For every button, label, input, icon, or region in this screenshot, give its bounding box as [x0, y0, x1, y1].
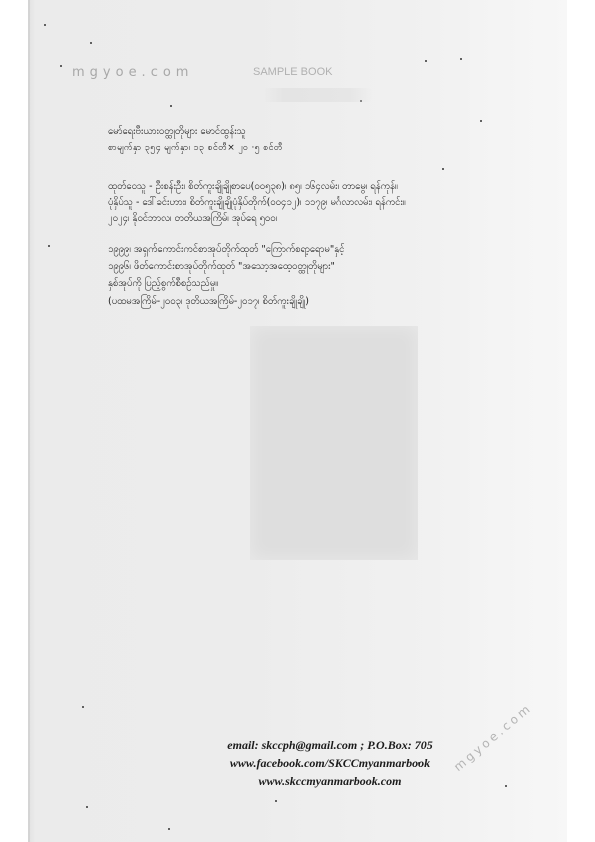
- email-pobox: email: skccph@gmail.com ; P.O.Box: 705: [160, 738, 500, 753]
- paper-speck: [425, 60, 427, 62]
- paper-speck: [480, 120, 482, 122]
- printer-line: ပုံနှိပ်သူ - ဒေါ်ခင်းဟား၊ စိတ်ကူးချိုချိ…: [108, 196, 406, 210]
- paper-speck: [170, 105, 172, 107]
- site-watermark: mgyoe.com: [72, 65, 193, 80]
- publisher-line: ထုတ်ဝေသူ - ဦးစန်းဦး၊ စိတ်ကူးချိုချိုစာပေ…: [108, 180, 398, 194]
- facebook-link[interactable]: www.facebook.com/SKCCmyanmarbook: [160, 756, 500, 771]
- compilation-note: နှစ်အုပ်ကို ပြည့်စွက်စီစဉ်သည်မှု။: [108, 277, 218, 291]
- edition-history: (ပထမအကြိမ်-၂၀၀၃၊ ဒုတိယအကြိမ်-၂၀၁၇၊ စိတ်က…: [108, 295, 309, 309]
- website-link[interactable]: www.skccmyanmarbook.com: [160, 774, 500, 789]
- paper-speck: [90, 42, 92, 44]
- paper-speck: [48, 245, 50, 247]
- image-placeholder: [250, 326, 418, 560]
- source-book-line-1: ၁၉၉၉၊ အရှက်ကောင်းကင်စာအုပ်တိုက်ထုတ် "ကြေ…: [108, 243, 344, 257]
- paper-speck: [82, 706, 84, 708]
- source-book-line-2: ၁၉၉၆၊ ဖိတ်ကောင်းစာအုပ်တိုက်ထုတ် "အသော့အထ…: [108, 260, 335, 274]
- paper-speck: [442, 168, 444, 170]
- bleed-through-text: [262, 88, 372, 102]
- paper-speck: [60, 65, 62, 67]
- book-title-author: မော်ရေးဗီးယားဝတ္ထုတိုများ မောင်ထွန်းသူ: [108, 125, 246, 139]
- page-dimensions: စာမျက်နှာ ၃၅၄ မျက်နှာ၊ ၁၃ စင်တီ× ၂၀ ·၅ စ…: [108, 141, 283, 155]
- paper-speck: [505, 785, 507, 787]
- paper-speck: [460, 58, 462, 60]
- edition-line: ၂၀၂၄၊ နိုဝင်ဘာလ၊ တတိယအကြိမ်၊ အုပ်ရေ ၅၀၀၊: [108, 212, 277, 226]
- paper-speck: [86, 806, 88, 808]
- sample-book-watermark: SAMPLE BOOK: [253, 66, 332, 78]
- paper-speck: [275, 800, 277, 802]
- paper-speck: [168, 828, 170, 830]
- paper-speck: [44, 24, 46, 26]
